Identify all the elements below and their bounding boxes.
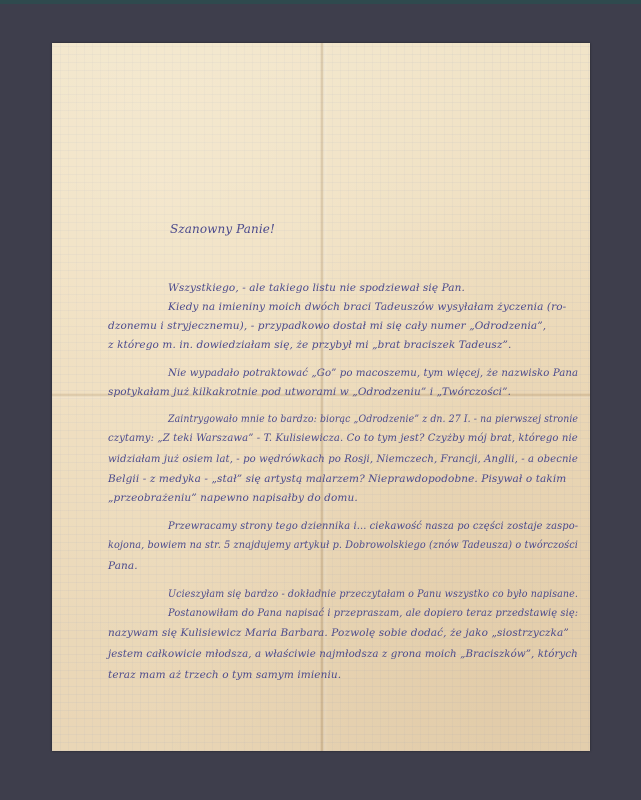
letter-line: Ucieszyłam się bardzo - dokładnie przecz…: [168, 587, 578, 601]
letter-line: Kiedy na imieniny moich dwóch braci Tade…: [168, 300, 566, 314]
letter-line: Wszystkiego, - ale takiego listu nie spo…: [168, 281, 465, 295]
letter-line: dzonemu i stryjecznemu), - przypadkowo d…: [108, 319, 546, 333]
letter-line: widziałam już osiem lat, - po wędrówkach…: [108, 452, 578, 466]
letter-line: Pana.: [108, 559, 138, 573]
letter-line: spotykałam już kilkakrotnie pod utworami…: [108, 385, 511, 399]
letter-line: Zaintrygowało mnie to bardzo: biorąc „Od…: [168, 412, 578, 426]
letter-line: Belgii - z medyka - „stał” się artystą m…: [108, 472, 566, 486]
letter-line: z którego m. in. dowiedziałam się, że pr…: [108, 338, 511, 352]
letter-line: teraz mam aż trzech o tym samym imieniu.: [108, 668, 341, 682]
letter-line: nazywam się Kulisiewicz Maria Barbara. P…: [108, 626, 569, 640]
letter-line: czytamy: „Z teki Warszawa” - T. Kulisiew…: [108, 431, 578, 445]
letter-line: „przeobrażeniu” napewno napisałby do dom…: [108, 491, 358, 505]
letter-line: kojona, bowiem na str. 5 znajdujemy arty…: [108, 538, 578, 552]
letter-line: Przewracamy strony tego dziennika i... c…: [168, 519, 578, 533]
letter-line: Postanowiłam do Pana napisać i przeprasz…: [168, 606, 578, 620]
letter-line: Nie wypadało potraktować „Go” po macosze…: [168, 366, 578, 380]
letter-line: jestem całkowicie młodsza, a właściwie n…: [108, 647, 578, 661]
scan-top-edge: [0, 0, 641, 4]
salutation: Szanowny Panie!: [170, 222, 275, 236]
